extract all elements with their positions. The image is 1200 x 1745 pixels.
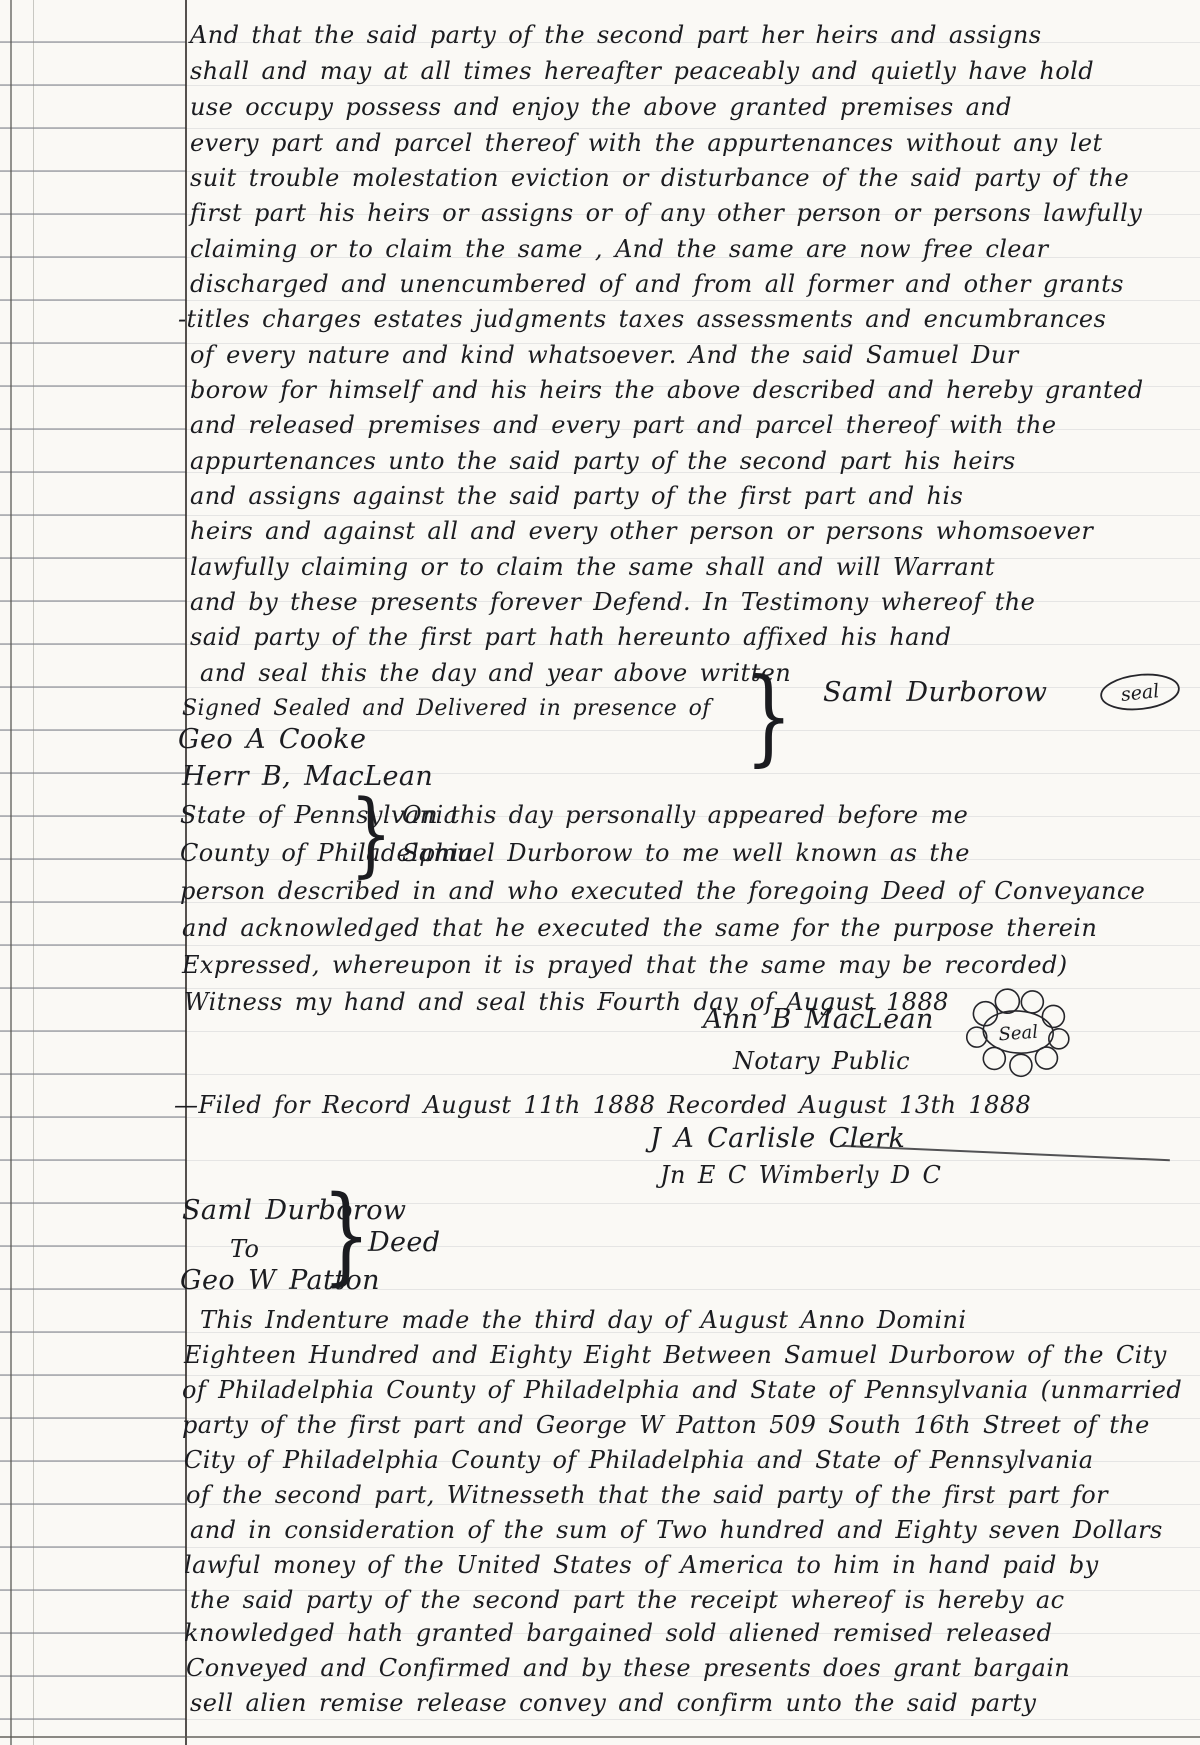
handwritten-line: City of Philadelphia County of Philadelp…	[184, 1445, 1093, 1475]
handwritten-line: Geo A Cooke	[178, 725, 366, 755]
handwritten-line: the said party of the second part the re…	[190, 1585, 1064, 1615]
handwritten-line: Ann B MacLean	[703, 1005, 934, 1035]
handwritten-line: and assigns against the said party of th…	[190, 481, 963, 511]
handwritten-line: party of the first part and George W Pat…	[182, 1410, 1150, 1440]
bottom-rule-line	[0, 1736, 1200, 1738]
caption-brace: }	[322, 1182, 371, 1288]
notary-venue-brace: }	[350, 788, 392, 880]
handwritten-line: And that the said party of the second pa…	[190, 20, 1041, 50]
handwritten-line: Expressed, whereupon it is prayed that t…	[182, 950, 1067, 980]
handwritten-line: Conveyed and Confirmed and by these pres…	[186, 1653, 1070, 1683]
handwritten-line: Eighteen Hundred and Eighty Eight Betwee…	[184, 1340, 1167, 1370]
handwritten-line: suit trouble molestation eviction or dis…	[190, 163, 1129, 193]
handwritten-line: Jn E C Wimberly D C	[660, 1160, 941, 1190]
handwritten-line: lawful money of the United States of Ame…	[184, 1550, 1099, 1580]
handwritten-line: Herr B, MacLean	[182, 762, 433, 792]
handwritten-line: heirs and against all and every other pe…	[190, 516, 1093, 546]
handwritten-line: —Filed for Record August 11th 1888 Recor…	[174, 1090, 1031, 1120]
handwritten-line: person described in and who executed the…	[180, 876, 1145, 906]
handwritten-line: shall and may at all times hereafter pea…	[190, 56, 1094, 86]
handwritten-line: knowledged hath granted bargained sold a…	[184, 1618, 1052, 1648]
handwritten-line: On this day personally appeared before m…	[402, 800, 968, 830]
handwritten-line: discharged and unencumbered of and from …	[190, 269, 1124, 299]
handwritten-line: This Indenture made the third day of Aug…	[200, 1305, 967, 1335]
handwritten-line: -titles charges estates judgments taxes …	[178, 304, 1106, 334]
handwritten-line: said party of the first part hath hereun…	[190, 622, 951, 652]
ledger-page: And that the said party of the second pa…	[0, 0, 1200, 1745]
handwritten-line: Signed Sealed and Delivered in presence …	[182, 694, 711, 724]
page-edge-line	[10, 0, 12, 1745]
handwritten-line: Notary Public	[733, 1046, 910, 1076]
handwritten-line: use occupy possess and enjoy the above g…	[190, 92, 1012, 122]
notary-seal: Seal	[959, 984, 1077, 1086]
grantor-seal-label: seal	[1120, 680, 1160, 706]
handwritten-line: To	[230, 1234, 259, 1264]
handwritten-line: and in consideration of the sum of Two h…	[190, 1515, 1163, 1545]
handwritten-line: and by these presents forever Defend. In…	[190, 587, 1035, 617]
handwritten-line: Saml Durborow	[823, 678, 1047, 708]
handwritten-line: first part his heirs or assigns or of an…	[190, 198, 1142, 228]
handwritten-line: of the second part, Witnesseth that the …	[186, 1480, 1108, 1510]
handwritten-line: and acknowledged that he executed the sa…	[182, 913, 1097, 943]
handwritten-line: of Philadelphia County of Philadelphia a…	[182, 1375, 1182, 1405]
handwritten-line: and released premises and every part and…	[190, 410, 1057, 440]
handwritten-line: appurtenances unto the said party of the…	[190, 446, 1016, 476]
handwritten-line: and seal this the day and year above wri…	[200, 658, 791, 688]
notary-seal-label: Seal	[998, 1022, 1039, 1046]
page-edge-line-2	[33, 0, 34, 1745]
handwritten-line: Saml Durborow	[182, 1196, 406, 1226]
witness-brace: }	[745, 664, 793, 768]
handwritten-line: sell alien remise release convey and con…	[190, 1688, 1036, 1718]
handwritten-line: borow for himself and his heirs the abov…	[190, 375, 1143, 405]
handwritten-line: every part and parcel thereof with the a…	[190, 128, 1103, 158]
handwritten-line: claiming or to claim the same , And the …	[190, 234, 1048, 264]
handwritten-line: J A Carlisle Clerk	[650, 1124, 905, 1154]
margin-column-rules	[0, 0, 186, 1745]
handwritten-line: Deed	[368, 1228, 441, 1258]
handwritten-line: lawfully claiming or to claim the same s…	[190, 552, 995, 582]
handwritten-line: Samuel Durborow to me well known as the	[402, 838, 970, 868]
handwritten-line: of every nature and kind whatsoever. And…	[190, 340, 1019, 370]
